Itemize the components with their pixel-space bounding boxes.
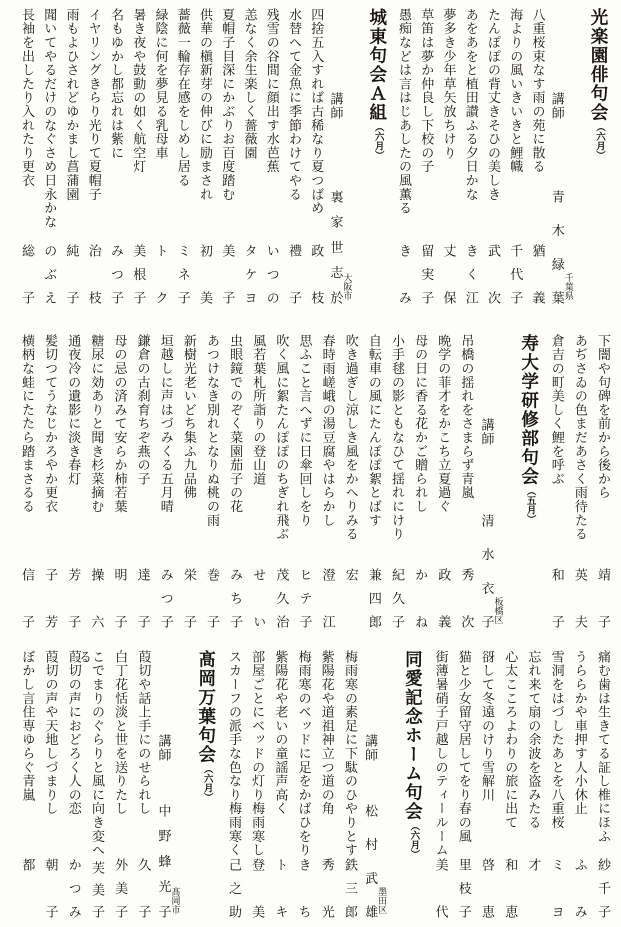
haiku-author: かね (406, 568, 427, 628)
haiku-text: 梅雨寒のベッドに足をかばひをり (290, 650, 311, 857)
haiku-text: 忘れ来て扇の余波を盗みたる (519, 650, 540, 829)
haiku-author: 久子 (129, 858, 150, 918)
haiku-text: うららかや車押す人小休止 (566, 650, 587, 816)
haiku-column: 雨もよひされどゆかまし菖蒲園純子 (58, 8, 79, 304)
haiku-author: いつの (258, 244, 279, 304)
haiku-author: 和子 (543, 568, 564, 628)
haiku-column: 通夜冷の遺影に淡き春灯芳子 (59, 334, 80, 628)
haiku-text: 紫陽花や老いの童謡声高く (266, 650, 287, 816)
haiku-column: 垣越しに声はづみくる五月晴みつ子 (152, 334, 173, 628)
haiku-column: 草笛は夢か仲良し下校の子留実子 (412, 8, 433, 304)
lecturer-label: 講師 (359, 734, 377, 762)
lecturer-inner: 講師裏家世志於 (325, 8, 343, 304)
haiku-column: 梅雨寒のベッドに足をかばひをりきち (290, 650, 311, 918)
haiku-text: 水替へて金魚に季節わけてやる (280, 8, 301, 201)
haiku-column: 海よりの風いきいきと鯉幟千代子 (501, 8, 522, 304)
haiku-author: ふみ (566, 858, 587, 918)
lecturer-column: 板橋区講師清水衣子 (476, 334, 503, 628)
haiku-column: 残雪の谷間に顔出す水芭蕉いつの (258, 8, 279, 304)
haiku-text: 自転車の風にたんぽぽ絮とばす (360, 334, 381, 527)
haiku-column: 紫陽花や道祖神立つ道の角秀光 (313, 650, 334, 918)
haiku-column: 吹く風に絮たんぽぽのちぎれ飛ぶ茂久治 (267, 334, 288, 628)
haiku-text: あをあをと植田讃ふる夕日かな (457, 8, 478, 201)
haiku-text: 心太こころよわりの旅に出て (496, 650, 517, 829)
haiku-text: たんぽぽの背丈きそひの美しき (479, 8, 500, 201)
haiku-author: ミネ子 (169, 244, 190, 304)
haiku-column: 鎌倉の古刹育ちぞ燕の子達子 (129, 334, 150, 628)
haiku-column: 夏帽子目深にかぶりお百度踏む美子 (213, 8, 234, 304)
haiku-column: 暑き夜や鼓動の如く航空灯美根子 (124, 8, 145, 304)
haiku-text: 春時雨嵯峨の湯豆腐やはらかし (314, 334, 335, 527)
lecturer-label: 講師 (476, 418, 494, 446)
haiku-text: 葭切の声におどろく人の恋 (60, 650, 81, 816)
section-title-column: 寿大学研修部句会（五月） (508, 334, 538, 628)
haiku-author: 留実子 (412, 244, 433, 304)
haiku-author: 政義 (429, 568, 450, 628)
haiku-author: 巻子 (198, 568, 219, 628)
haiku-text: 倉吉の町美しく鯉を呼ぶ (543, 334, 564, 486)
haiku-author: 操六 (82, 568, 103, 628)
haiku-author: 猶義 (524, 244, 545, 304)
haiku-text: 髪切つてうなじかろやか更衣 (36, 334, 57, 513)
haiku-column: 晩学の菲才をかこち立夏過ぐ政義 (429, 334, 450, 628)
lecturer-column: 千葉県講師青木緑葉 (546, 8, 573, 304)
haiku-author: 千代子 (501, 244, 522, 304)
haiku-text: ぼかし言住専ゆらぐ青嵐 (13, 650, 34, 802)
haiku-author: 美根子 (124, 244, 145, 304)
lecturer-label: 講師 (546, 92, 564, 120)
haiku-author: 英夫 (566, 568, 587, 628)
region-label: 大阪市 (343, 273, 352, 300)
lecturer-column: 大阪市講師裏家世志於 (325, 8, 352, 304)
haiku-author: 茂久治 (267, 568, 288, 628)
haiku-author: 武次 (479, 244, 500, 304)
section-month: （六月） (202, 764, 212, 802)
haiku-author: 治枝 (80, 244, 101, 304)
haiku-text: 谺して冬遠のけり雪解川 (473, 650, 494, 802)
haiku-column: 長袖を出したり入れたり更衣総子 (13, 8, 34, 304)
haiku-text: あぢさゐの色まだあさく雨待たる (566, 334, 587, 541)
section-month: （六月） (408, 821, 418, 859)
haiku-text: 小手毬の影ともなひて揺れにけり (383, 334, 404, 541)
section-title: 同愛記念ホーム句会 (403, 650, 423, 821)
haiku-text: 薔薇一輪存在感をしめし居る (169, 8, 190, 187)
haiku-author: 紗千子 (589, 858, 610, 918)
haiku-author: 宏 (337, 568, 358, 628)
lecturer-label: 講師 (153, 734, 171, 762)
section-title: 寿大学研修部句会 (520, 334, 540, 486)
haiku-text: 虫眼鏡でのぞく菜園茄子の花 (221, 334, 242, 513)
haiku-column: 名もゆかし都忘れは紫にみつ子 (102, 8, 123, 304)
haiku-column: 供華の槇新芽の伸びに励まされ初美 (191, 8, 212, 304)
haiku-column: 母の忌の済みて安らか柿若葉明子 (106, 334, 127, 628)
haiku-text: 吹く風に絮たんぽぽのちぎれ飛ぶ (267, 334, 288, 541)
haiku-author: みつ子 (102, 244, 123, 304)
haiku-text: 暑き夜や鼓動の如く航空灯 (124, 8, 145, 174)
lecturer-name: 清水衣子 (476, 514, 494, 628)
haiku-text: 晩学の菲才をかこち立夏過ぐ (429, 334, 450, 513)
haiku-author: トキ (266, 858, 287, 918)
haiku-author: 兼四郎 (360, 568, 381, 628)
lecturer-name: 松村武雄 (359, 804, 377, 918)
haiku-author: 総子 (13, 244, 34, 304)
haiku-column: 忘れ来て扇の余波を盗みたる才 (519, 650, 540, 918)
haiku-author: 里枝子 (450, 858, 471, 918)
haiku-column: 聞いてやるだけのなぐさめ日永かなのぶえ (35, 8, 56, 304)
haiku-column: あつけなき別れとなりぬ桃の雨巻子 (198, 334, 219, 628)
haiku-column: 横柄な蛙にたたら踏まさるる信子 (13, 334, 34, 628)
haiku-text: 母の忌の済みて安らか柿若葉 (106, 334, 127, 513)
haiku-column: 痛む歯は生きてる証し椎にほふ紗千子 (589, 650, 610, 918)
haiku-column: 街薄暑硝子戸越しのティールーム美代 (427, 650, 448, 918)
haiku-column: 薔薇一輪存在感をしめし居るミネ子 (169, 8, 190, 304)
haiku-text: 下闇や句碑を前から後から (589, 334, 610, 500)
section-month: （六月） (373, 122, 383, 160)
haiku-column: うららかや車押す人小休止ふみ (566, 650, 587, 918)
haiku-text: 愚痴などは言はじあしたの風薫る (390, 8, 411, 215)
haiku-text: 垣越しに声はづみくる五月晴 (152, 334, 173, 513)
haiku-author: きく江 (457, 244, 478, 304)
haiku-author: 子芳 (36, 568, 57, 628)
haiku-author: 朝子 (37, 858, 58, 918)
lecturer-name: 中野蜂光子 (153, 804, 171, 918)
haiku-text: 残雪の谷間に顔出す水芭蕉 (258, 8, 279, 174)
haiku-text: 海よりの風いきいきと鯉幟 (501, 8, 522, 174)
haiku-text: 葭切の声や天地しづまりし (37, 650, 58, 816)
haiku-text: 葭切や話上手にのせられし (129, 650, 150, 816)
region-label: 板橋区 (494, 597, 503, 624)
haiku-column: 新樹光老いどち集ふ九品佛栄子 (175, 334, 196, 628)
haiku-author: トク (147, 244, 168, 304)
haiku-text: あつけなき別れとなりぬ桃の雨 (198, 334, 219, 527)
haiku-author: 才 (519, 858, 540, 918)
haiku-column: 自転車の風にたんぽぽ絮とばす兼四郎 (360, 334, 381, 628)
haiku-text: 街薄暑硝子戸越しのティールーム (427, 650, 448, 857)
haiku-column: 夢多き少年草矢放ちけり丈保 (435, 8, 456, 304)
haiku-column: 母の日に香る花かご贈られしかね (406, 334, 427, 628)
lecturer-name: 裏家世志於 (325, 190, 343, 304)
haiku-column: 小手毬の影ともなひて揺れにけり紀久子 (383, 334, 404, 628)
haiku-author: 美子 (213, 244, 234, 304)
haiku-column: 恙なく余生楽しく薔薇園タケヨ (236, 8, 257, 304)
haiku-author: 芙美子 (83, 861, 104, 918)
haiku-author: 鉄三郎 (336, 858, 357, 918)
haiku-column: 八重桜束なす雨の苑に散る猶義 (524, 8, 545, 304)
haiku-text: 梅雨寒の素足に下駄のひやりとす (336, 650, 357, 857)
section-title-column: 光楽園俳句会（六月） (577, 8, 607, 304)
haiku-column: 梅雨寒の素足に下駄のひやりとす鉄三郎 (336, 650, 357, 918)
haiku-text: 雨もよひされどゆかまし菖蒲園 (58, 8, 79, 201)
lecturer-inner: 講師中野蜂光子 (153, 650, 171, 918)
haiku-text: 糖尿に効ありと聞き杉菜摘む (82, 334, 103, 513)
haiku-author: 栄子 (175, 568, 196, 628)
haiku-column: たんぽぽの背丈きそひの美しき武次 (479, 8, 500, 304)
haiku-column: 吹き過ぎし涼しき風をかへりみる宏 (337, 334, 358, 628)
haiku-column: 四捨五入すれば古稀なり夏つばめ政枝 (302, 8, 323, 304)
text-band-1: 光楽園俳句会（六月） 千葉県講師青木緑葉 八重桜束なす雨の苑に散る猶義 海よりの… (13, 8, 610, 304)
haiku-text: 聞いてやるだけのなぐさめ日永かな (35, 8, 56, 229)
lecturer-inner: 講師清水衣子 (476, 334, 494, 628)
haiku-author: みつ子 (152, 568, 173, 628)
haiku-author: 政枝 (302, 244, 323, 304)
haiku-column: 下闇や句碑を前から後から靖子 (589, 334, 610, 628)
haiku-author: 外美子 (106, 858, 127, 918)
section-month: （五月） (525, 486, 535, 524)
haiku-column: 虫眼鏡でのぞく菜園茄子の花みち子 (221, 334, 242, 628)
haiku-author: 明子 (106, 568, 127, 628)
haiku-column: 春時雨嵯峨の湯豆腐やはらかし澄江 (314, 334, 335, 628)
haiku-author: 秀光 (313, 858, 334, 918)
haiku-author: 都 (13, 858, 34, 918)
haiku-column: こでまりのぐらりと風に向き変へる芙美子 (83, 650, 104, 918)
haiku-author: 信子 (13, 568, 34, 628)
haiku-author: ヒテ子 (291, 568, 312, 628)
haiku-text: 名もゆかし都忘れは紫に (102, 8, 123, 160)
haiku-column: 心太こころよわりの旅に出て和恵 (496, 650, 517, 918)
haiku-text: 紫陽花や道祖神立つ道の角 (313, 650, 334, 816)
haiku-text: 母の日に香る花かご贈られし (406, 334, 427, 513)
haiku-author: 紀久子 (383, 568, 404, 628)
haiku-column: 谺して冬遠のけり雪解川啓恵 (473, 650, 494, 918)
haiku-author: みち子 (221, 568, 242, 628)
region-label: 髙岡市 (171, 887, 180, 914)
haiku-column: 白丁花恬淡と世を送りたし外美子 (106, 650, 127, 918)
haiku-text: 新樹光老いどち集ふ九品佛 (175, 334, 196, 500)
haiku-column: 紫陽花や老いの童謡声高くトキ (266, 650, 287, 918)
section-month: （六月） (594, 122, 604, 160)
haiku-column: 髪切つてうなじかろやか更衣子芳 (36, 334, 57, 628)
lecturer-column: 髙岡市講師中野蜂光子 (153, 650, 180, 918)
haiku-author: かつみ (60, 858, 81, 918)
haiku-text: 供華の槇新芽の伸びに励まされ (191, 8, 212, 201)
haiku-text: 長袖を出したり入れたり更衣 (13, 8, 34, 187)
haiku-column: 猫と少女留守居してをり春の風里枝子 (450, 650, 471, 918)
haiku-author: 美代 (427, 858, 448, 918)
section-title-column: 城東句会Ａ組（六月） (356, 8, 386, 304)
haiku-text: スカーフの派手な色なり梅雨寒く (220, 650, 241, 857)
haiku-author: 己之助 (220, 858, 241, 918)
haiku-text: 草笛は夢か仲良し下校の子 (412, 8, 433, 174)
haiku-author: 芳子 (59, 568, 80, 628)
haiku-column: ぼかし言住専ゆらぐ青嵐都 (13, 650, 34, 918)
haiku-column: 倉吉の町美しく鯉を呼ぶ和子 (543, 334, 564, 628)
haiku-author: 禮子 (280, 244, 301, 304)
haiku-text: 鎌倉の古刹育ちぞ燕の子 (129, 334, 150, 486)
haiku-text: 白丁花恬淡と世を送りたし (106, 650, 127, 816)
haiku-author: 澄江 (314, 568, 335, 628)
haiku-column: 緑陰に何を夢見る乳母車トク (147, 8, 168, 304)
text-band-2: 下闇や句碑を前から後から靖子 あぢさゐの色まだあさく雨待たる英夫 倉吉の町美しく… (13, 334, 610, 628)
haiku-text: 緑陰に何を夢見る乳母車 (147, 8, 168, 160)
section-title-column: 同愛記念ホーム句会（六月） (391, 650, 421, 918)
haiku-text: 痛む歯は生きてる証し椎にほふ (589, 650, 610, 843)
haiku-column: 風若葉札所詣りの登山道せい (244, 334, 265, 628)
region-label: 千葉県 (564, 273, 573, 300)
haiku-author: 純子 (58, 244, 79, 304)
haiku-author: タケヨ (236, 244, 257, 304)
haiku-text: 思ふこと言へずに日傘回しをり (291, 334, 312, 527)
haiku-author: ミヨ (543, 858, 564, 918)
haiku-text: 夏帽子目深にかぶりお百度踏む (213, 8, 234, 201)
haiku-column: あぢさゐの色まだあさく雨待たる英夫 (566, 334, 587, 628)
haiku-author: のぶえ (35, 244, 56, 304)
haiku-author: 登美 (243, 858, 264, 918)
section-title: 城東句会Ａ組 (368, 8, 388, 122)
lecturer-column: 墨田区講師松村武雄 (359, 650, 386, 918)
haiku-column: 水替へて金魚に季節わけてやる禮子 (280, 8, 301, 304)
haiku-author: きち (290, 858, 311, 918)
haiku-author: 初美 (191, 244, 212, 304)
lecturer-name: 青木緑葉 (546, 190, 564, 304)
haiku-author: 秀次 (452, 568, 473, 628)
haiku-text: 八重桜束なす雨の苑に散る (524, 8, 545, 174)
lecturer-inner: 講師松村武雄 (359, 650, 377, 918)
haiku-author: 丈保 (435, 244, 456, 304)
region-label: 墨田区 (377, 887, 386, 914)
haiku-text: 四捨五入すれば古稀なり夏つばめ (302, 8, 323, 215)
haiku-text: 吊橋の揺れをさまらず青嵐 (452, 334, 473, 500)
haiku-column: 思ふこと言へずに日傘回しをりヒテ子 (291, 334, 312, 628)
haiku-text: 吹き過ぎし涼しき風をかへりみる (337, 334, 358, 541)
haiku-column: 吊橋の揺れをさまらず青嵐秀次 (452, 334, 473, 628)
haiku-text: 猫と少女留守居してをり春の風 (450, 650, 471, 843)
haiku-column: 葭切の声におどろく人の恋かつみ (60, 650, 81, 918)
haiku-column: 部屋ごとにベッドの灯り梅雨寒し登美 (243, 650, 264, 918)
lecturer-label: 講師 (325, 92, 343, 120)
haiku-author: 和恵 (496, 858, 517, 918)
section-title-column: 髙岡万葉句会（六月） (185, 650, 215, 918)
haiku-text: イヤリングきらり光りて夏帽子 (80, 8, 101, 201)
haiku-column: 愚痴などは言はじあしたの風薫るきみ (390, 8, 411, 304)
haiku-column: 葭切や話上手にのせられし久子 (129, 650, 150, 918)
haiku-author: せい (244, 568, 265, 628)
haiku-text: 恙なく余生楽しく薔薇園 (236, 8, 257, 160)
lecturer-inner: 講師青木緑葉 (546, 8, 564, 304)
haiku-author: 啓恵 (473, 858, 494, 918)
text-band-3: 痛む歯は生きてる証し椎にほふ紗千子 うららかや車押す人小休止ふみ 雪洞をはづした… (13, 650, 610, 918)
haiku-text: 風若葉札所詣りの登山道 (244, 334, 265, 486)
haiku-author: 靖子 (589, 568, 610, 628)
haiku-author: きみ (390, 244, 411, 304)
haiku-text: 部屋ごとにベッドの灯り梅雨寒し (243, 650, 264, 857)
haiku-column: 雪洞をはづしたあとを八重桜ミヨ (543, 650, 564, 918)
haiku-text: 夢多き少年草矢放ちけり (435, 8, 456, 160)
haiku-text: 通夜冷の遺影に淡き春灯 (59, 334, 80, 486)
haiku-author: 達子 (129, 568, 150, 628)
haiku-text: 雪洞をはづしたあとを八重桜 (543, 650, 564, 829)
haiku-column: 糖尿に効ありと聞き杉菜摘む操六 (82, 334, 103, 628)
section-title: 光楽園俳句会 (589, 8, 609, 122)
haiku-column: イヤリングきらり光りて夏帽子治枝 (80, 8, 101, 304)
haiku-column: 葭切の声や天地しづまりし朝子 (37, 650, 58, 918)
haiku-column: あをあをと植田讃ふる夕日かなきく江 (457, 8, 478, 304)
haiku-column: スカーフの派手な色なり梅雨寒く己之助 (220, 650, 241, 918)
haiku-text: こでまりのぐらりと風に向き変へる (83, 650, 104, 861)
haiku-text: 横柄な蛙にたたら踏まさるる (13, 334, 34, 513)
haiku-bulletin-page: 光楽園俳句会（六月） 千葉県講師青木緑葉 八重桜束なす雨の苑に散る猶義 海よりの… (0, 0, 621, 927)
section-title: 髙岡万葉句会 (197, 650, 217, 764)
